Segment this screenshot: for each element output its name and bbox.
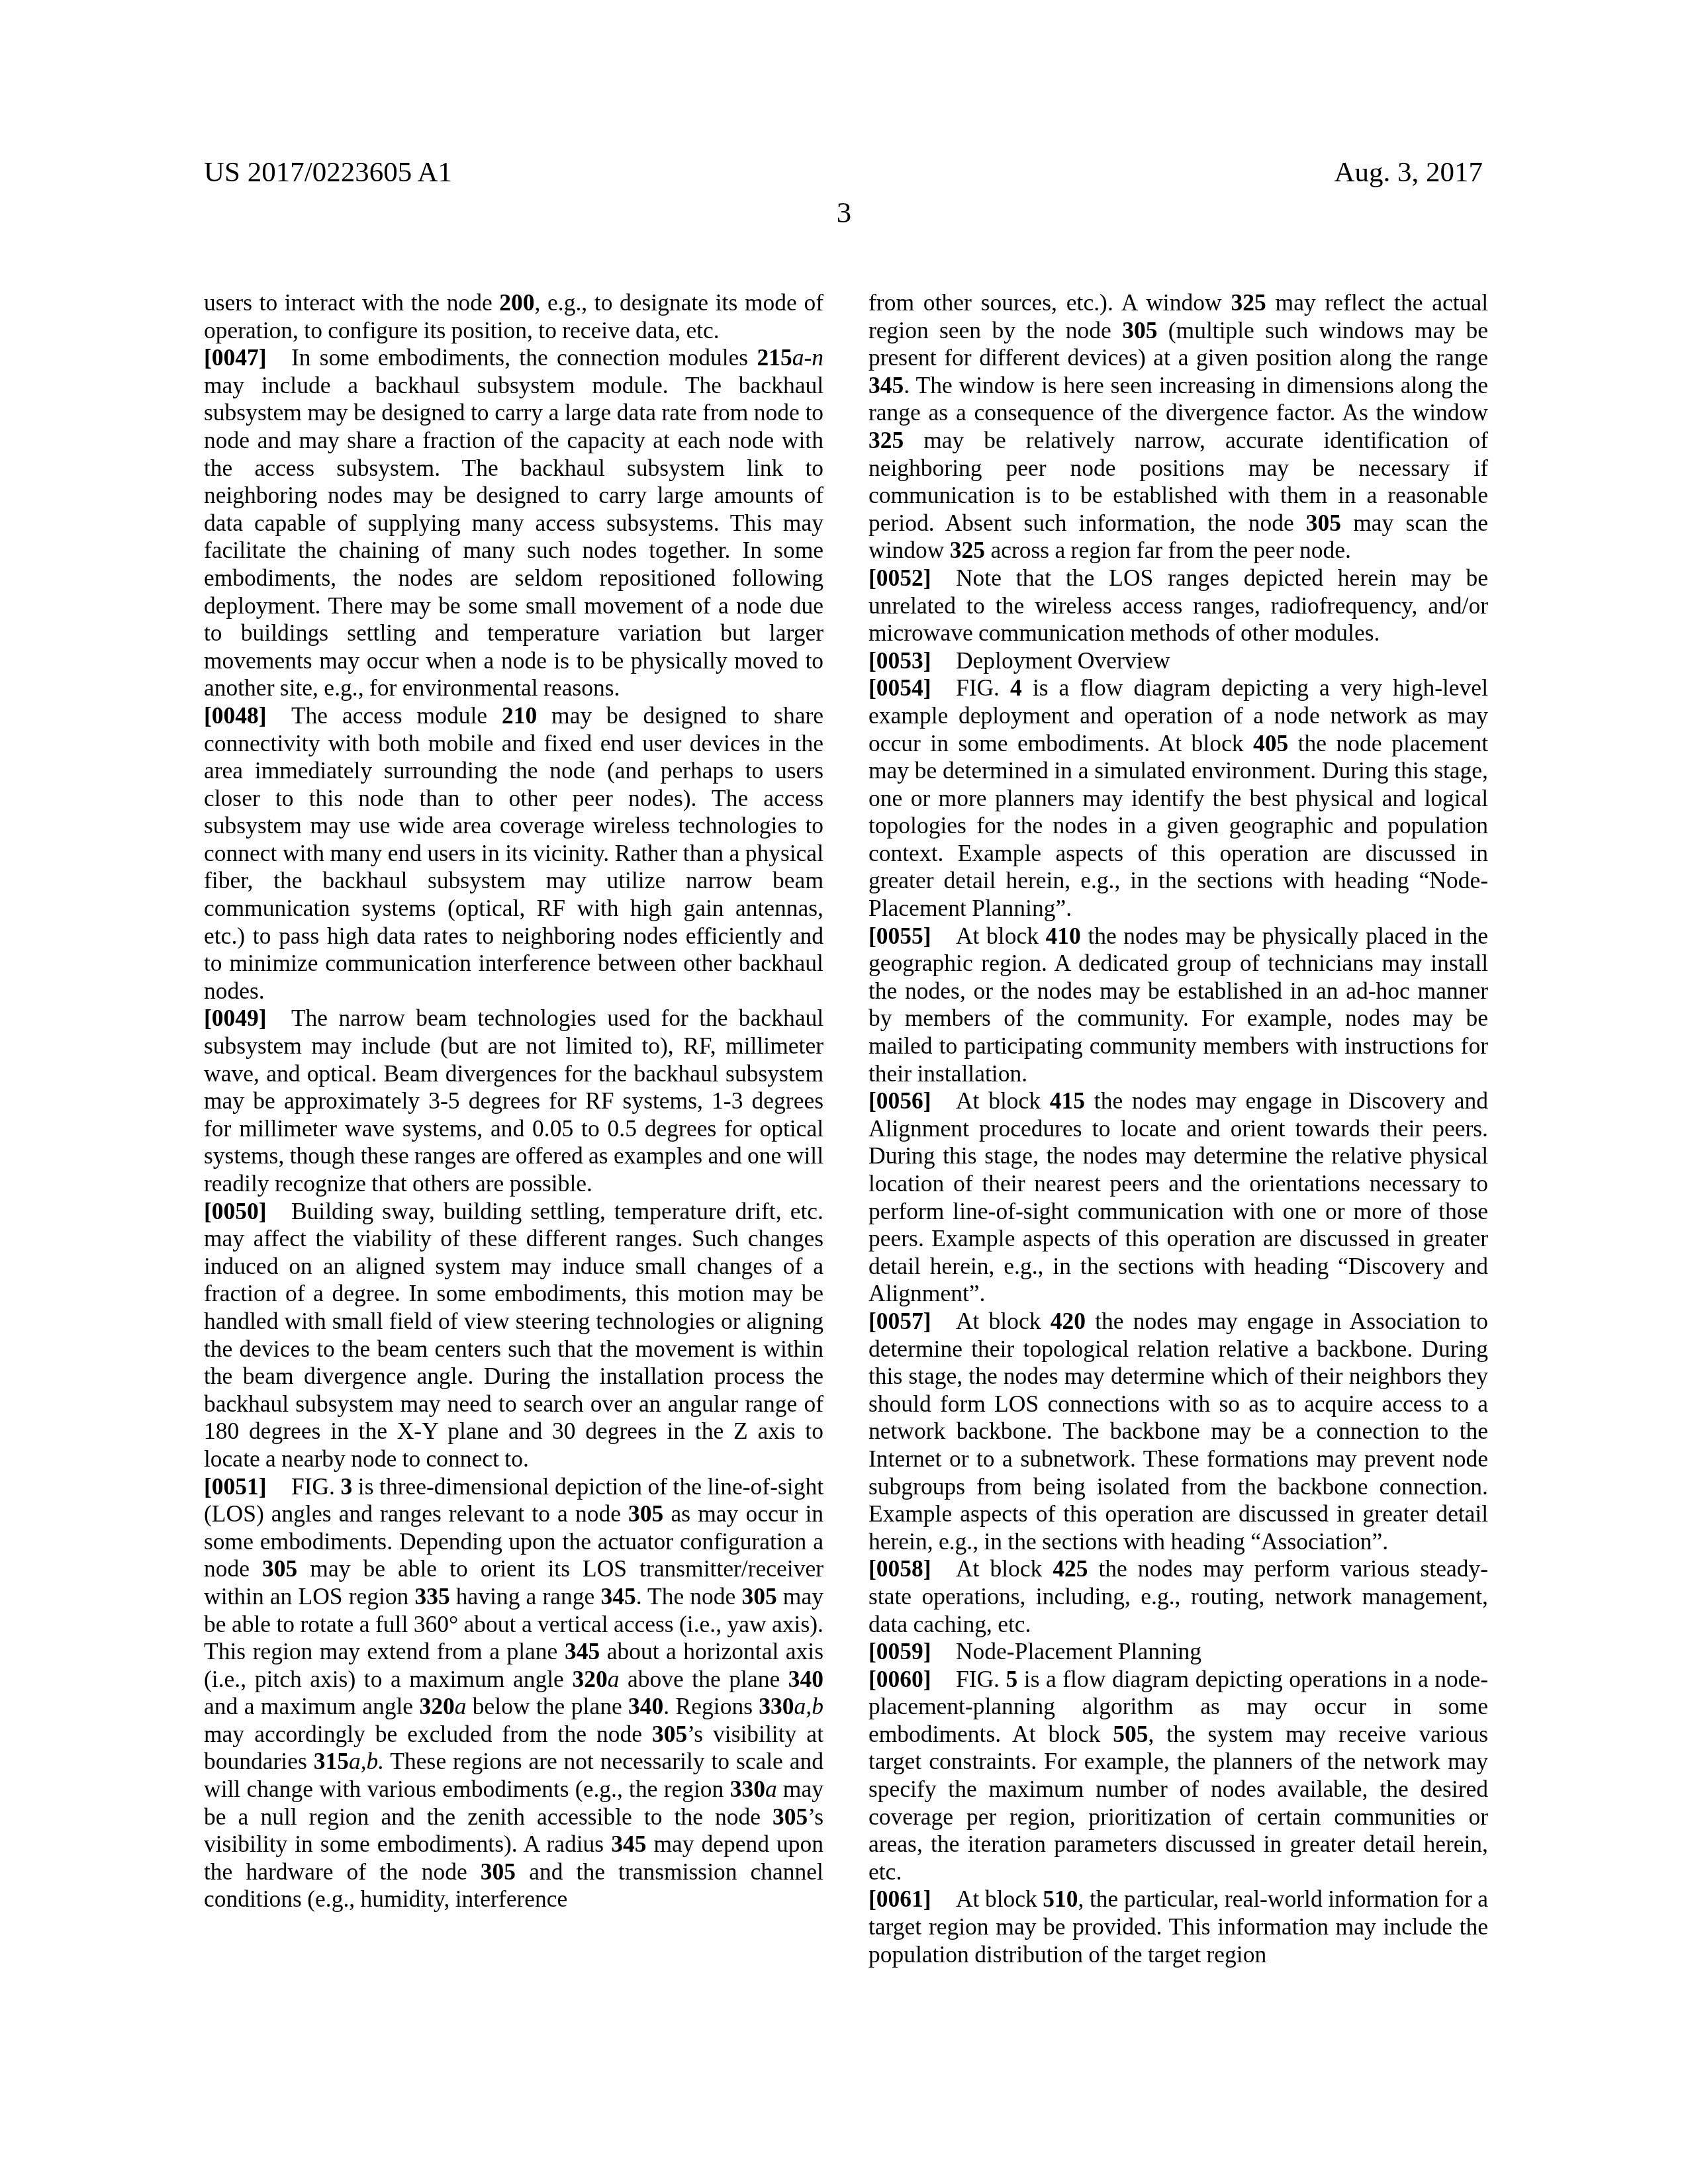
text-run: At block — [956, 1087, 1050, 1114]
text-run: 420 — [1051, 1308, 1086, 1334]
paragraph: [0054]FIG. 4 is a flow diagram depicting… — [868, 674, 1488, 922]
text-run: a — [455, 1693, 467, 1719]
text-run: At block — [956, 1555, 1053, 1582]
text-run: 305 — [628, 1500, 663, 1527]
text-run: 305 — [773, 1803, 808, 1830]
text-run: 325 — [1231, 289, 1266, 316]
text-run: across a region far from the peer node. — [985, 537, 1351, 563]
patent-page: US 2017/0223605 A1 Aug. 3, 2017 3 users … — [0, 0, 1688, 2184]
text-run: a,b — [794, 1693, 823, 1719]
paragraph: [0057]At block 420 the nodes may engage … — [868, 1308, 1488, 1555]
text-run: the nodes may engage in Association to d… — [868, 1308, 1488, 1555]
text-run: above the plane — [619, 1666, 788, 1692]
text-run: 330 — [759, 1693, 794, 1719]
paragraph: [0050]Building sway, building settling, … — [204, 1198, 823, 1473]
text-run: below the plane — [466, 1693, 628, 1719]
text-run: the node placement may be determined in … — [868, 730, 1488, 922]
text-run: 345 — [611, 1831, 646, 1857]
text-run: . The window is here seen increasing in … — [868, 372, 1488, 426]
text-run: may include a backhaul subsystem module.… — [204, 372, 823, 702]
text-run: 340 — [788, 1666, 823, 1692]
text-run: may accordingly be excluded from the nod… — [204, 1721, 652, 1747]
text-run: 200 — [499, 289, 534, 316]
text-run: 215 — [757, 344, 792, 371]
text-run: 3 — [341, 1473, 353, 1500]
text-run: 305 — [1122, 317, 1157, 343]
paragraph: users to interact with the node 200, e.g… — [204, 289, 823, 344]
text-run: 5 — [1006, 1666, 1018, 1692]
right-column: from other sources, etc.). A window 325 … — [868, 289, 1488, 1968]
text-run: At block — [956, 923, 1046, 949]
text-run: In some embodiments, the connection modu… — [291, 344, 757, 371]
paragraph: [0058]At block 425 the nodes may perform… — [868, 1555, 1488, 1638]
text-run: 425 — [1053, 1555, 1088, 1582]
text-run: 340 — [628, 1693, 663, 1719]
text-run: and a maximum angle — [204, 1693, 419, 1719]
paragraph-tag: [0061] — [868, 1886, 931, 1912]
paragraph: [0059]Node-Placement Planning — [868, 1638, 1488, 1666]
paragraph-tag: [0047] — [204, 344, 267, 371]
text-run: 505 — [1113, 1721, 1148, 1747]
text-run: 335 — [414, 1583, 449, 1610]
text-run: 325 — [868, 427, 904, 453]
paragraph-tag: [0057] — [868, 1308, 931, 1334]
paragraph: [0053]Deployment Overview — [868, 647, 1488, 675]
paragraph-tag: [0049] — [204, 1005, 267, 1031]
text-run: . Regions — [663, 1693, 759, 1719]
paragraph: [0052]Note that the LOS ranges depicted … — [868, 565, 1488, 647]
text-run: 210 — [502, 702, 537, 729]
text-run: a,b. — [349, 1748, 384, 1774]
text-run: 345 — [868, 372, 904, 398]
text-run: may be designed to share connectivity wi… — [204, 702, 823, 1004]
text-run: 305 — [742, 1583, 777, 1610]
paragraph: [0060]FIG. 5 is a flow diagram depicting… — [868, 1666, 1488, 1886]
text-run: FIG. — [291, 1473, 341, 1500]
text-run: At block — [956, 1886, 1043, 1912]
text-run: a — [765, 1776, 777, 1802]
text-run: 510 — [1043, 1886, 1078, 1912]
text-run: At block — [956, 1308, 1051, 1334]
text-run: 330 — [730, 1776, 765, 1802]
text-run: 305 — [481, 1858, 516, 1885]
paragraph-tag: [0050] — [204, 1198, 267, 1224]
text-run: 410 — [1046, 923, 1081, 949]
text-run: The narrow beam technologies used for th… — [204, 1005, 823, 1197]
text-run: 415 — [1050, 1087, 1085, 1114]
left-column: users to interact with the node 200, e.g… — [204, 289, 823, 1913]
text-run: having a range — [450, 1583, 601, 1610]
paragraph: [0061]At block 510, the particular, real… — [868, 1886, 1488, 1968]
text-run: 320 — [419, 1693, 454, 1719]
text-run: 320 — [572, 1666, 607, 1692]
text-run: 315 — [314, 1748, 349, 1774]
patent-number: US 2017/0223605 A1 — [204, 156, 452, 189]
paragraph: [0049]The narrow beam technologies used … — [204, 1005, 823, 1197]
paragraph: [0055]At block 410 the nodes may be phys… — [868, 923, 1488, 1088]
paragraph: from other sources, etc.). A window 325 … — [868, 289, 1488, 565]
text-run: . The node — [636, 1583, 742, 1610]
text-run: 345 — [565, 1638, 600, 1664]
paragraph-tag: [0059] — [868, 1638, 931, 1664]
text-run: the nodes may engage in Discovery and Al… — [868, 1087, 1488, 1306]
paragraph: [0051]FIG. 3 is three-dimensional depict… — [204, 1473, 823, 1914]
text-run: FIG. — [956, 674, 1010, 701]
text-run: Node-Placement Planning — [956, 1638, 1201, 1664]
text-run: 4 — [1010, 674, 1022, 701]
paragraph-tag: [0060] — [868, 1666, 931, 1692]
text-run: 325 — [950, 537, 985, 563]
text-run: The access module — [291, 702, 502, 729]
text-run: FIG. — [956, 1666, 1006, 1692]
paragraph-tag: [0048] — [204, 702, 267, 729]
text-run: a — [608, 1666, 620, 1692]
text-run: 305 — [652, 1721, 687, 1747]
paragraph-tag: [0052] — [868, 565, 931, 591]
text-run: 405 — [1253, 730, 1288, 756]
paragraph-tag: [0051] — [204, 1473, 267, 1500]
paragraph: [0056]At block 415 the nodes may engage … — [868, 1087, 1488, 1308]
publication-date: Aug. 3, 2017 — [1334, 156, 1483, 189]
text-run: Note that the LOS ranges depicted herein… — [868, 565, 1488, 646]
paragraph: [0048]The access module 210 may be desig… — [204, 702, 823, 1005]
paragraph-tag: [0055] — [868, 923, 931, 949]
text-run: 305 — [262, 1555, 297, 1582]
text-run: a-n — [792, 344, 823, 371]
paragraph-tag: [0056] — [868, 1087, 931, 1114]
paragraph-tag: [0053] — [868, 647, 931, 674]
text-run: 305 — [1306, 510, 1341, 536]
paragraph: [0047]In some embodiments, the connectio… — [204, 344, 823, 702]
text-run: Building sway, building settling, temper… — [204, 1198, 823, 1472]
text-run: Deployment Overview — [956, 647, 1170, 674]
text-run: 345 — [600, 1583, 635, 1610]
paragraph-tag: [0058] — [868, 1555, 931, 1582]
page-number: 3 — [0, 195, 1688, 230]
paragraph-tag: [0054] — [868, 674, 931, 701]
text-run: users to interact with the node — [204, 289, 499, 316]
text-run: from other sources, etc.). A window — [868, 289, 1231, 316]
